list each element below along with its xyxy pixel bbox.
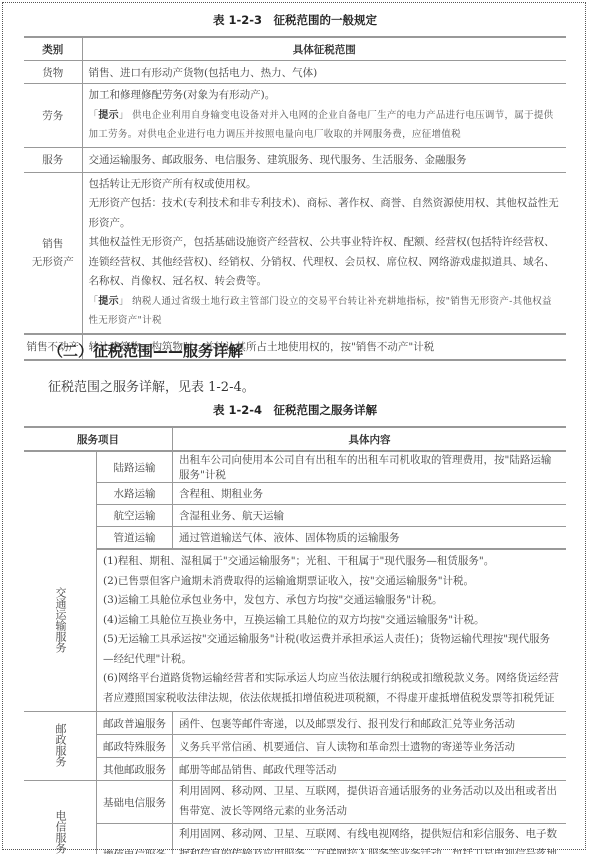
row-category: 劳务 bbox=[24, 84, 82, 148]
table-row: 管道运输 通过管道输送气体、液体、固体物质的运输服务 bbox=[24, 527, 566, 550]
item-content: 义务兵平常信函、机要通信、盲人读物和革命烈士遗物的寄递等业务活动 bbox=[173, 735, 567, 758]
note-line: (6)网络平台道路货物运输经营者和实际承运人均应当依法履行纳税或扣缴税款义务。网… bbox=[103, 669, 560, 708]
category-line: 无形资产 bbox=[30, 253, 76, 271]
transport-notes: (1)程租、期租、湿租属于"交通运输服务"；光租、干租属于"现代服务—租赁服务"… bbox=[97, 549, 567, 712]
item-name: 邮政特殊服务 bbox=[97, 735, 173, 758]
table-row: (1)程租、期租、湿租属于"交通运输服务"；光租、干租属于"现代服务—租赁服务"… bbox=[24, 549, 566, 712]
tip-bracket: 」 bbox=[119, 296, 129, 307]
header-category: 类别 bbox=[24, 37, 82, 61]
table-row: 服务 交通运输服务、邮政服务、电信服务、建筑服务、现代服务、生活服务、金融服务 bbox=[24, 147, 566, 172]
note-line: (5)无运输工具承运按"交通运输服务"计税(收运费并承担承运人责任)；货物运输代… bbox=[103, 630, 560, 669]
content-line: 加工和修理修配劳务(对象为有形动产)。 bbox=[89, 86, 561, 106]
note-line: (3)运输工具舱位承包业务中，发包方、承包方均按"交通运输服务"计税。 bbox=[103, 591, 560, 611]
table1: 类别 具体征税范围 货物 销售、进口有形动产货物(包括电力、热力、气体) 劳务 … bbox=[24, 36, 566, 361]
table2-header-row: 服务项目 具体内容 bbox=[24, 427, 566, 451]
item-content: 利用固网、移动网、卫星、互联网，提供语音通话服务的业务活动以及出租或者出售带宽、… bbox=[173, 781, 567, 824]
item-content: 含湿租业务、航天运输 bbox=[173, 505, 567, 527]
group-name: 交通运输服务 bbox=[54, 587, 66, 653]
section-paragraph: 征税范围之服务详解，见表 1-2-4。 bbox=[48, 376, 255, 395]
content-line: 无形资产包括：技术(专利技术和非专利技术)、商标、著作权、商誉、自然资源使用权、… bbox=[89, 194, 561, 233]
section-title: （二）征税范围——服务详解 bbox=[48, 340, 243, 361]
tip-text: 纳税人通过省级土地行政主管部门设立的交易平台转让补充耕地指标，按"销售无形资产-… bbox=[89, 296, 552, 326]
table-row: 货物 销售、进口有形动产货物(包括电力、热力、气体) bbox=[24, 61, 566, 84]
table-row: 电信服务 基础电信服务 利用固网、移动网、卫星、互联网，提供语音通话服务的业务活… bbox=[24, 781, 566, 824]
tip-block: 「提示」 供电企业利用自身输变电设备对并入电网的企业自备电厂生产的电力产品进行电… bbox=[89, 106, 561, 144]
row-category: 服务 bbox=[24, 147, 82, 172]
item-name: 其他邮政服务 bbox=[97, 758, 173, 781]
note-line: (4)运输工具舱位互换业务中，互换运输工具舱位的双方均按"交通运输服务"计税。 bbox=[103, 611, 560, 631]
tip-bracket: 」 bbox=[119, 110, 129, 121]
table-row: 水路运输 含程租、期租业务 bbox=[24, 483, 566, 505]
row-content: 交通运输服务、邮政服务、电信服务、建筑服务、现代服务、生活服务、金融服务 bbox=[82, 147, 566, 172]
row-content: 销售、进口有形动产货物(包括电力、热力、气体) bbox=[82, 61, 566, 84]
header-scope: 具体征税范围 bbox=[82, 37, 566, 61]
table-row: 增值电信服务 利用固网、移动网、卫星、互联网、有线电视网络，提供短信和彩信服务、… bbox=[24, 824, 566, 854]
tip-label: 提示 bbox=[98, 296, 119, 307]
table2: 服务项目 具体内容 交通运输服务 陆路运输 出租车公司向使用本公司自有出租车的出… bbox=[24, 426, 566, 854]
table-row: 其他邮政服务 邮册等邮品销售、邮政代理等活动 bbox=[24, 758, 566, 781]
item-name: 增值电信服务 bbox=[97, 824, 173, 854]
row-content: 包括转让无形资产所有权或使用权。 无形资产包括：技术(专利技术和非专利技术)、商… bbox=[82, 172, 566, 334]
row-content: 加工和修理修配劳务(对象为有形动产)。 「提示」 供电企业利用自身输变电设备对并… bbox=[82, 84, 566, 148]
item-content: 含程租、期租业务 bbox=[173, 483, 567, 505]
item-name: 航空运输 bbox=[97, 505, 173, 527]
table1-caption: 表 1-2-3 征税范围的一般规定 bbox=[0, 12, 590, 28]
table-row: 邮政特殊服务 义务兵平常信函、机要通信、盲人读物和革命烈士遗物的寄递等业务活动 bbox=[24, 735, 566, 758]
content-line: 其他权益性无形资产，包括基础设施资产经营权、公共事业特许权、配额、经营权(包括特… bbox=[89, 233, 561, 292]
item-name: 管道运输 bbox=[97, 527, 173, 550]
group-label: 交通运输服务 bbox=[24, 451, 97, 712]
item-name: 陆路运输 bbox=[97, 451, 173, 483]
item-content: 邮册等邮品销售、邮政代理等活动 bbox=[173, 758, 567, 781]
table-row: 邮政服务 邮政普遍服务 函件、包裹等邮件寄递，以及邮票发行、报刊发行和邮政汇兑等… bbox=[24, 712, 566, 735]
group-name: 邮政服务 bbox=[54, 723, 66, 767]
item-name: 水路运输 bbox=[97, 483, 173, 505]
tip-block: 「提示」 纳税人通过省级土地行政主管部门设立的交易平台转让补充耕地指标，按"销售… bbox=[89, 292, 561, 330]
row-category: 销售 无形资产 bbox=[24, 172, 82, 334]
tip-bracket: 「 bbox=[89, 296, 99, 307]
item-content: 利用固网、移动网、卫星、互联网、有线电视网络，提供短信和彩信服务、电子数据和信息… bbox=[173, 824, 567, 854]
table-row: 销售 无形资产 包括转让无形资产所有权或使用权。 无形资产包括：技术(专利技术和… bbox=[24, 172, 566, 334]
item-name: 基础电信服务 bbox=[97, 781, 173, 824]
row-category: 货物 bbox=[24, 61, 82, 84]
header-content: 具体内容 bbox=[173, 427, 567, 451]
category-line: 销售 bbox=[30, 235, 76, 253]
header-service-item: 服务项目 bbox=[24, 427, 173, 451]
item-content: 出租车公司向使用本公司自有出租车的出租车司机收取的管理费用，按"陆路运输服务"计… bbox=[173, 451, 567, 483]
tip-text: 供电企业利用自身输变电设备对并入电网的企业自备电厂生产的电力产品进行电压调节，属… bbox=[89, 110, 554, 140]
item-name: 邮政普遍服务 bbox=[97, 712, 173, 735]
table-row: 交通运输服务 陆路运输 出租车公司向使用本公司自有出租车的出租车司机收取的管理费… bbox=[24, 451, 566, 483]
note-line: (1)程租、期租、湿租属于"交通运输服务"；光租、干租属于"现代服务—租赁服务"… bbox=[103, 552, 560, 572]
note-line: (2)已售票但客户逾期未消费取得的运输逾期票证收入，按"交通运输服务"计税。 bbox=[103, 572, 560, 592]
group-label: 电信服务 bbox=[24, 781, 97, 854]
item-content: 函件、包裹等邮件寄递，以及邮票发行、报刊发行和邮政汇兑等业务活动 bbox=[173, 712, 567, 735]
content-line: 包括转让无形资产所有权或使用权。 bbox=[89, 175, 561, 195]
tip-bracket: 「 bbox=[89, 110, 99, 121]
tip-label: 提示 bbox=[98, 110, 119, 121]
item-content: 通过管道输送气体、液体、固体物质的运输服务 bbox=[173, 527, 567, 550]
table2-caption: 表 1-2-4 征税范围之服务详解 bbox=[0, 402, 590, 418]
table-row: 航空运输 含湿租业务、航天运输 bbox=[24, 505, 566, 527]
table1-header-row: 类别 具体征税范围 bbox=[24, 37, 566, 61]
group-label: 邮政服务 bbox=[24, 712, 97, 781]
table-row: 劳务 加工和修理修配劳务(对象为有形动产)。 「提示」 供电企业利用自身输变电设… bbox=[24, 84, 566, 148]
group-name: 电信服务 bbox=[54, 810, 66, 854]
